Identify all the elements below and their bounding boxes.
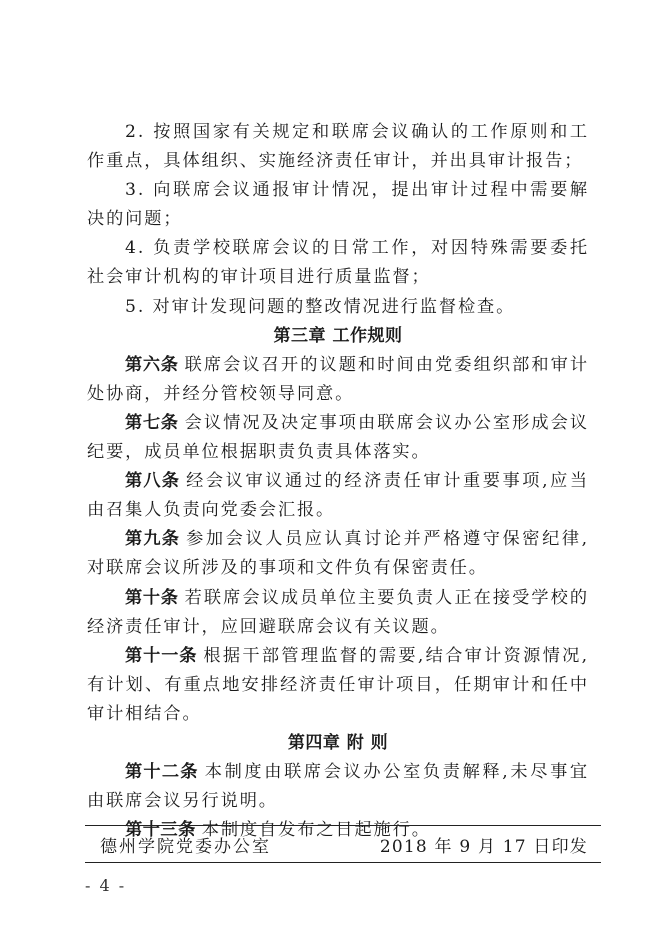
article-9: 第九条参加会议人员应认真讨论并严格遵守保密纪律,对联席会议所涉及的事项和文件负有… (87, 525, 589, 583)
footer-issuer: 德州学院党委办公室 (100, 832, 271, 857)
article-label: 第七条 (125, 413, 179, 433)
article-label: 第八条 (125, 471, 180, 491)
article-label: 第十条 (125, 588, 179, 608)
article-10: 第十条若联席会议成员单位主要负责人正在接受学校的经济责任审计，应回避联席会议有关… (87, 584, 589, 642)
article-7: 第七条会议情况及决定事项由联席会议办公室形成会议纪要，成员单位根据职责负责具体落… (87, 409, 589, 467)
document-body: 2. 按照国家有关规定和联席会议确认的工作原则和工作重点，具体组织、实施经济责任… (87, 118, 589, 845)
article-8: 第八条经会议审议通过的经济责任审计重要事项,应当由召集人负责向党委会汇报。 (87, 467, 589, 525)
chapter-heading-3: 第三章 工作规则 (87, 322, 589, 351)
document-page: 2. 按照国家有关规定和联席会议确认的工作原则和工作重点，具体组织、实施经济责任… (0, 0, 668, 945)
footer-issue-date: 2018 年 9 月 17 日印发 (380, 832, 588, 857)
footer-top-rule (85, 825, 601, 826)
paragraph-item-5: 5. 对审计发现问题的整改情况进行监督检查。 (87, 293, 589, 322)
article-11: 第十一条根据干部管理监督的需要,结合审计资源情况,有计划、有重点地安排经济责任审… (87, 642, 589, 729)
paragraph-text: 2. 按照国家有关规定和联席会议确认的工作原则和工作重点，具体组织、实施经济责任… (87, 122, 589, 171)
paragraph-text: 3. 向联席会议通报审计情况，提出审计过程中需要解决的问题； (87, 180, 589, 229)
chapter-heading-4: 第四章 附 则 (87, 729, 589, 758)
article-6: 第六条联席会议召开的议题和时间由党委组织部和审计处协商，并经分管校领导同意。 (87, 351, 589, 409)
paragraph-item-3: 3. 向联席会议通报审计情况，提出审计过程中需要解决的问题； (87, 176, 589, 234)
article-label: 第六条 (125, 355, 179, 375)
article-label: 第九条 (125, 529, 180, 549)
paragraph-text: 4. 负责学校联席会议的日常工作，对因特殊需要委托社会审计机构的审计项目进行质量… (87, 238, 589, 287)
article-label: 第十一条 (125, 646, 197, 666)
footer-bottom-rule (85, 862, 601, 863)
article-12: 第十二条本制度由联席会议办公室负责解释,未尽事宜由联席会议另行说明。 (87, 758, 589, 816)
paragraph-item-2: 2. 按照国家有关规定和联席会议确认的工作原则和工作重点，具体组织、实施经济责任… (87, 118, 589, 176)
article-label: 第十二条 (125, 762, 199, 782)
paragraph-item-4: 4. 负责学校联席会议的日常工作，对因特殊需要委托社会审计机构的审计项目进行质量… (87, 234, 589, 292)
paragraph-text: 5. 对审计发现问题的整改情况进行监督检查。 (125, 297, 515, 317)
page-number: - 4 - (85, 876, 126, 895)
